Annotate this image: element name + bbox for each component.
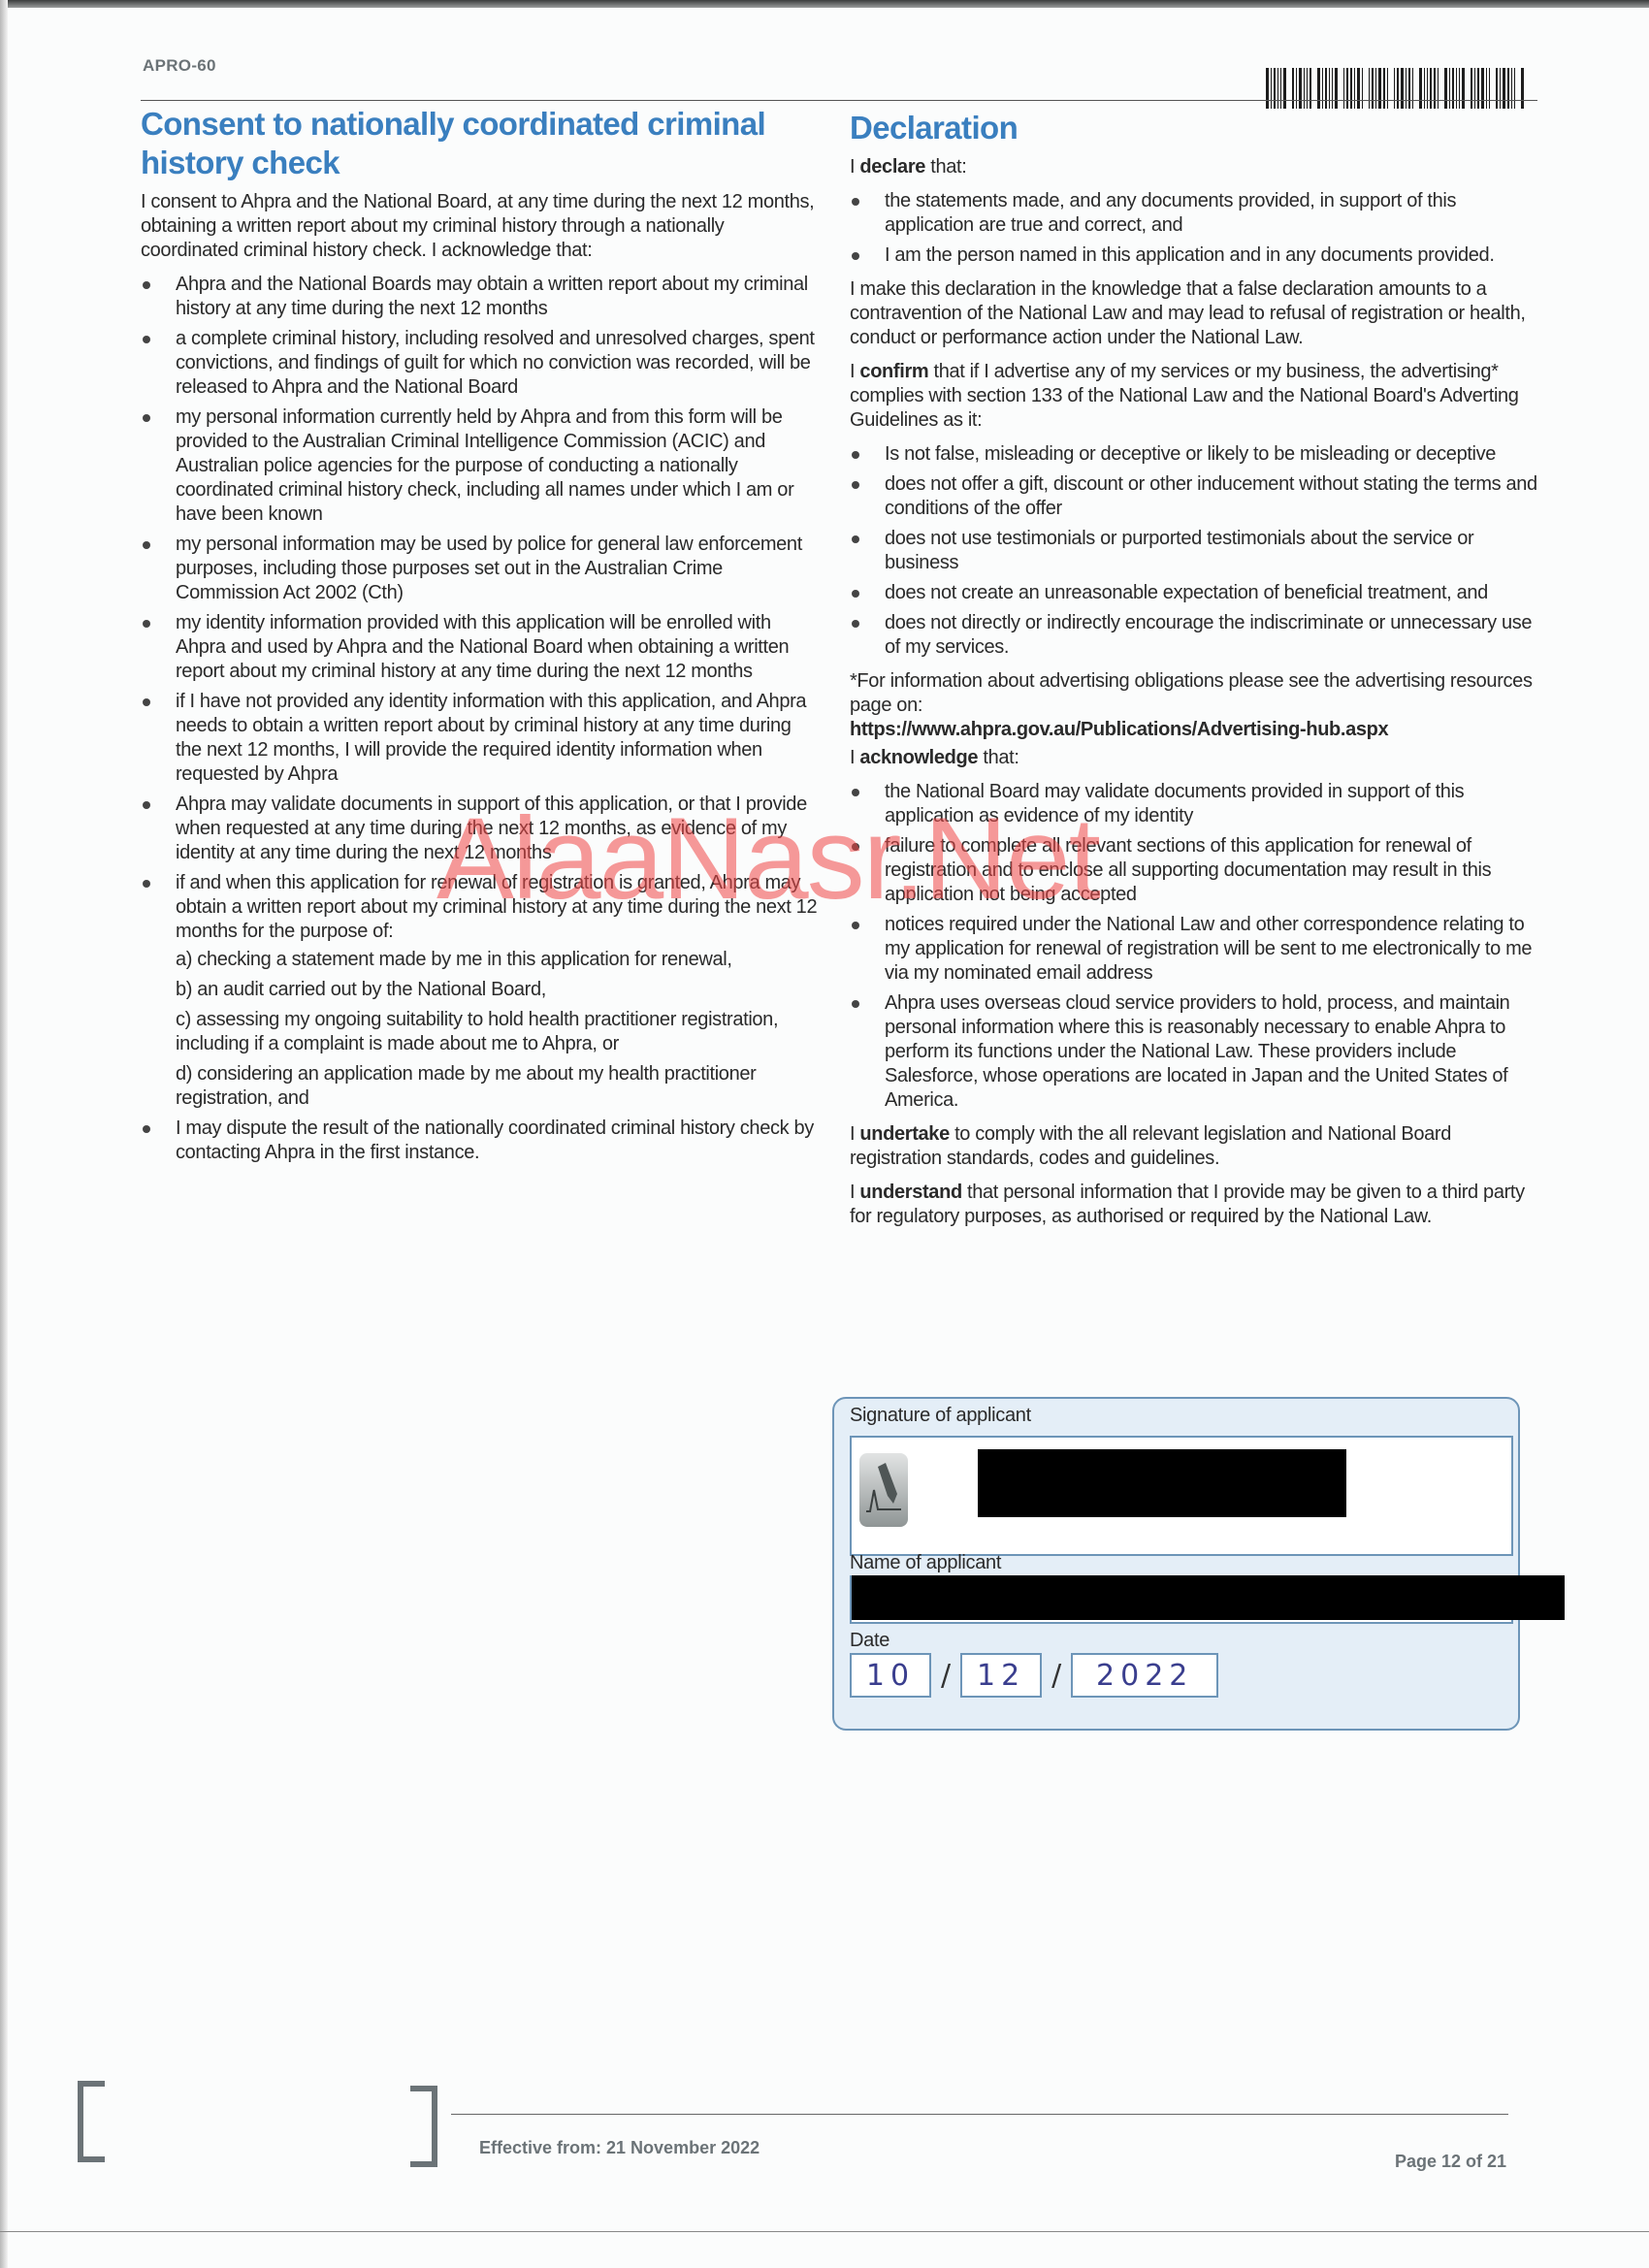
knowledge-paragraph: I make this declaration in the knowledge… xyxy=(850,277,1543,350)
declaration-section: Declaration I declare that: the statemen… xyxy=(850,109,1543,1239)
redacted-signature xyxy=(978,1449,1346,1517)
list-item: does not create an unreasonable expectat… xyxy=(850,581,1543,605)
bullet-icon xyxy=(143,620,150,628)
advertising-hub-link[interactable]: https://www.ahpra.gov.au/Publications/Ad… xyxy=(850,719,1388,740)
bullet-icon xyxy=(143,336,150,343)
scan-edge-top xyxy=(0,0,1649,8)
sub-item: d) considering an application made by me… xyxy=(176,1062,820,1111)
barcode-icon xyxy=(1266,68,1537,109)
scan-bracket-left xyxy=(78,2081,105,2162)
list-item: does not use testimonials or purported t… xyxy=(850,527,1543,575)
list-item: if and when this application for renewal… xyxy=(141,871,820,1111)
scan-bracket-right xyxy=(410,2086,437,2167)
date-label: Date xyxy=(850,1630,889,1652)
date-day-input[interactable]: 10 xyxy=(850,1653,931,1698)
bullet-icon xyxy=(852,481,859,489)
sub-item: c) assessing my ongoing suitability to h… xyxy=(176,1008,820,1056)
sub-item: a) checking a statement made by me in th… xyxy=(176,948,820,972)
bullet-icon xyxy=(852,590,859,598)
list-item: I may dispute the result of the national… xyxy=(141,1117,820,1165)
bullet-icon xyxy=(143,281,150,289)
list-item: Ahpra and the National Boards may obtain… xyxy=(141,273,820,321)
understand-statement: I understand that personal information t… xyxy=(850,1181,1543,1229)
bullet-icon xyxy=(143,1125,150,1133)
redacted-name xyxy=(852,1575,1565,1620)
bullet-icon xyxy=(143,801,150,809)
bullet-icon xyxy=(852,922,859,929)
declare-statement: I declare that: xyxy=(850,155,1543,179)
bullet-icon xyxy=(143,698,150,706)
bullet-icon xyxy=(143,880,150,888)
acknowledge-statement: I acknowledge that: xyxy=(850,746,1543,770)
name-label: Name of applicant xyxy=(850,1552,1001,1574)
bullet-icon xyxy=(852,1000,859,1008)
sub-item: b) an audit carried out by the National … xyxy=(176,978,820,1002)
consent-title: Consent to nationally coordinated crimin… xyxy=(141,105,820,182)
list-item: Ahpra uses overseas cloud service provid… xyxy=(850,991,1543,1113)
list-item: failure to complete all relevant section… xyxy=(850,834,1543,907)
list-item: does not offer a gift, discount or other… xyxy=(850,472,1543,521)
list-item: if I have not provided any identity info… xyxy=(141,690,820,787)
confirm-list: Is not false, misleading or deceptive or… xyxy=(850,442,1543,660)
date-separator: / xyxy=(1051,1659,1061,1693)
list-item: Is not false, misleading or deceptive or… xyxy=(850,442,1543,467)
effective-date: Effective from: 21 November 2022 xyxy=(479,2138,760,2158)
declare-list: the statements made, and any documents p… xyxy=(850,189,1543,268)
list-item: notices required under the National Law … xyxy=(850,913,1543,986)
bullet-icon xyxy=(143,414,150,422)
bullet-icon xyxy=(852,843,859,851)
signature-panel: Signature of applicant Name of applicant… xyxy=(832,1397,1520,1731)
date-field: 10 / 12 / 2022 xyxy=(850,1653,1218,1698)
bullet-icon xyxy=(852,252,859,260)
list-item: Ahpra may validate documents in support … xyxy=(141,793,820,865)
list-item: the National Board may validate document… xyxy=(850,780,1543,828)
scan-edge-bottom xyxy=(0,2231,1649,2232)
page-number: Page 12 of 21 xyxy=(1395,2152,1506,2172)
list-item: does not directly or indirectly encourag… xyxy=(850,611,1543,660)
declaration-title: Declaration xyxy=(850,109,1543,147)
list-item: a complete criminal history, including r… xyxy=(141,327,820,400)
consent-section: Consent to nationally coordinated crimin… xyxy=(141,105,820,1175)
list-item: I am the person named in this applicatio… xyxy=(850,243,1543,268)
header-divider xyxy=(141,100,1537,101)
date-separator: / xyxy=(941,1659,951,1693)
form-code: APRO-60 xyxy=(143,56,216,76)
consent-intro: I consent to Ahpra and the National Boar… xyxy=(141,190,820,263)
signature-field[interactable] xyxy=(850,1436,1513,1556)
date-year-input[interactable]: 2022 xyxy=(1071,1653,1218,1698)
list-item: my personal information may be used by p… xyxy=(141,533,820,605)
advertising-footnote: *For information about advertising oblig… xyxy=(850,669,1543,742)
bullet-icon xyxy=(852,535,859,543)
bullet-icon xyxy=(852,198,859,206)
undertake-statement: I undertake to comply with the all relev… xyxy=(850,1122,1543,1171)
list-item: my identity information provided with th… xyxy=(141,611,820,684)
list-item: the statements made, and any documents p… xyxy=(850,189,1543,238)
scan-edge-left xyxy=(0,0,8,2268)
bullet-icon xyxy=(143,541,150,549)
bullet-icon xyxy=(852,451,859,459)
acknowledge-list: the National Board may validate document… xyxy=(850,780,1543,1113)
date-month-input[interactable]: 12 xyxy=(960,1653,1042,1698)
bullet-icon xyxy=(852,620,859,628)
pen-signature-icon[interactable] xyxy=(859,1453,908,1527)
footer-divider xyxy=(451,2114,1508,2115)
signature-label: Signature of applicant xyxy=(850,1405,1031,1427)
consent-list: Ahpra and the National Boards may obtain… xyxy=(141,273,820,1165)
confirm-statement: I confirm that if I advertise any of my … xyxy=(850,360,1543,433)
list-item: my personal information currently held b… xyxy=(141,405,820,527)
bullet-icon xyxy=(852,789,859,796)
